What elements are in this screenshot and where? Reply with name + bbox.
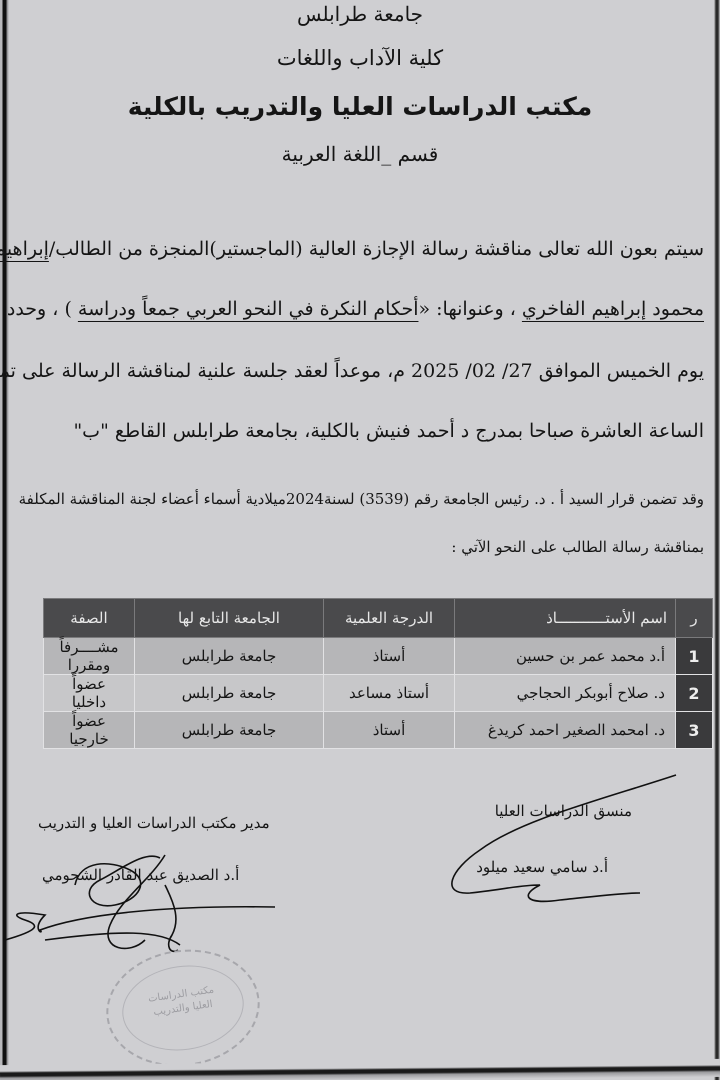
coordinator-title: منسق الدراسات العليا (495, 802, 632, 820)
cell-role: عضواً خارجيا (44, 712, 135, 749)
cell-degree: أستاذ (324, 712, 455, 749)
committee-table: ر اسم الأستـــــــــــاذ الدرجة العلمية … (43, 598, 713, 749)
cell-num: 2 (676, 675, 713, 712)
cell-name: أ.د محمد عمر بن حسين (455, 638, 676, 675)
table-header-row: ر اسم الأستـــــــــــاذ الدرجة العلمية … (44, 599, 713, 638)
table-row: 2 د. صلاح أبوبكر الحجاجي أستاذ مساعد جام… (44, 675, 713, 712)
cell-name: د. صلاح أبوبكر الحجاجي (455, 675, 676, 712)
cell-num: 3 (676, 712, 713, 749)
cell-role: عضواً داخليا (44, 675, 135, 712)
thesis-title: أحكام النكرة في النحو العربي جمعاً ودراس… (78, 298, 419, 320)
university-name: جامعة طرابلس (0, 2, 720, 26)
col-header-role: الصفة (44, 599, 135, 638)
official-stamp: مكتب الدراسات العليا والتدريب (99, 940, 268, 1076)
student-name-rest: محمود إبراهيم الفاخري (522, 298, 704, 320)
announcement-line-1: سيتم بعون الله تعالى مناقشة رسالة الإجاز… (16, 238, 704, 260)
announcement-intro: سيتم بعون الله تعالى مناقشة رسالة الإجاز… (49, 238, 704, 260)
director-title: مدير مكتب الدراسات العليا و التدريب (38, 814, 270, 832)
coordinator-name: أ.د سامي سعيد ميلود (476, 858, 608, 876)
decision-line-1: وقد تضمن قرار السيد أ . د. رئيس الجامعة … (16, 490, 704, 508)
title-label: ، وعنوانها: « (418, 298, 521, 320)
office-name: مكتب الدراسات العليا والتدريب بالكلية (0, 92, 720, 121)
cell-degree: أستاذ مساعد (324, 675, 455, 712)
cell-name: د. امحمد الصغير احمد كريدغ (455, 712, 676, 749)
col-header-num: ر (676, 599, 713, 638)
cell-degree: أستاذ (324, 638, 455, 675)
cell-university: جامعة طرابلس (135, 638, 324, 675)
col-header-degree: الدرجة العلمية (324, 599, 455, 638)
cell-university: جامعة طرابلس (135, 712, 324, 749)
announcement-line-2-end: ) ، وحدد (7, 298, 78, 320)
col-header-university: الجامعة التابع لها (135, 599, 324, 638)
department-name: قسم _اللغة العربية (0, 142, 720, 166)
decision-line-2: بمناقشة رسالة الطالب على النحو الآتي : (16, 538, 704, 556)
cell-university: جامعة طرابلس (135, 675, 324, 712)
document-page: جامعة طرابلس كلية الآداب واللغات مكتب ال… (0, 0, 720, 1080)
table-row: 3 د. امحمد الصغير احمد كريدغ أستاذ جامعة… (44, 712, 713, 749)
announcement-line-4: الساعة العاشرة صباحا بمدرج د أحمد فنيش ب… (16, 420, 704, 442)
table-row: 1 أ.د محمد عمر بن حسين أستاذ جامعة طرابل… (44, 638, 713, 675)
col-header-name: اسم الأستـــــــــــاذ (455, 599, 676, 638)
announcement-line-3: يوم الخميس الموافق 27/ 02/ 2025 م، موعدا… (16, 360, 704, 382)
faculty-name: كلية الآداب واللغات (0, 46, 720, 70)
announcement-line-2: محمود إبراهيم الفاخري ، وعنوانها: «أحكام… (16, 298, 704, 320)
cell-num: 1 (676, 638, 713, 675)
cell-role: مشــــرفاً ومقررا (44, 638, 135, 675)
director-name: أ.د الصديق عبد القادر الشحومي (42, 866, 239, 884)
page-bottom-border (0, 1059, 720, 1080)
coordinator-signature-icon (452, 775, 676, 901)
student-name-first: إبراهيم (0, 238, 49, 260)
